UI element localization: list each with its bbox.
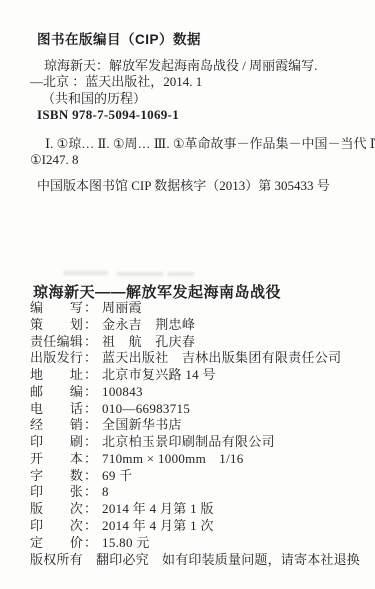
cip-series: （共和国的历程） [30, 91, 359, 108]
row-colon: ： [84, 384, 97, 401]
scan-artifact [63, 271, 108, 275]
scan-artifact [167, 272, 194, 276]
row-label: 地 址 [30, 367, 84, 384]
cip-section: 图书在版编目（CIP）数据 琼海新天：解放军发起海南岛战役 / 周丽霞编写. —… [30, 32, 359, 194]
row-colon: ： [84, 535, 97, 552]
row-label: 印 刷 [30, 434, 84, 451]
colophon-row-zeren-bianji: 责任编辑：祖 航 孔庆春 [30, 334, 365, 351]
row-colon: ： [84, 401, 97, 418]
row-colon: ： [84, 451, 97, 468]
row-colon: ： [84, 417, 97, 434]
row-value: 15.80 元 [102, 535, 150, 550]
row-value: 69 千 [102, 468, 132, 483]
row-label: 出版发行 [30, 350, 84, 367]
cip-isbn: ISBN 978-7-5094-1069-1 [30, 107, 359, 124]
colophon-row-dingjia: 定 价：15.80 元 [30, 535, 365, 552]
colophon-row-jingxiao: 经 销：全国新华书店 [30, 417, 365, 434]
cip-header: 图书在版编目（CIP）数据 [30, 32, 359, 49]
row-label: 邮 编 [30, 384, 84, 401]
row-colon: ： [84, 367, 97, 384]
colophon-row-zishu: 字 数：69 千 [30, 468, 365, 485]
row-colon: ： [84, 300, 97, 317]
row-value: 710mm × 1000mm 1/16 [102, 451, 244, 466]
row-colon: ： [84, 434, 97, 451]
colophon-row-yinshua: 印 刷：北京柏玉景印刷制品有限公司 [30, 434, 365, 451]
row-label: 电 话 [30, 401, 84, 418]
row-value: 全国新华书店 [102, 417, 182, 432]
scan-artifact [117, 272, 164, 276]
row-label: 版 次 [30, 501, 84, 518]
cip-record-number: 中国版本图书馆 CIP 数据核字（2013）第 305433 号 [30, 178, 359, 195]
row-value: 北京柏玉景印刷制品有限公司 [102, 434, 275, 449]
colophon-row-bianxie: 编 写：周丽霞 [30, 300, 365, 317]
colophon-row-dizhi: 地 址：北京市复兴路 14 号 [30, 367, 365, 384]
row-value: 8 [102, 484, 109, 499]
row-value: 蓝天出版社 吉林出版集团有限责任公司 [102, 350, 341, 365]
row-label: 字 数 [30, 468, 84, 485]
cip-classification-line2: ①I247. 8 [30, 152, 359, 169]
colophon-row-yinci: 印 次：2014 年 4 月第 1 次 [30, 518, 365, 535]
row-value: 金永吉 荆忠峰 [102, 317, 195, 332]
row-value: 010—66983715 [102, 401, 190, 416]
row-value: 2014 年 4 月第 1 次 [102, 518, 214, 533]
row-label: 策 划 [30, 317, 84, 334]
colophon-row-cehua: 策 划：金永吉 荆忠峰 [30, 317, 365, 334]
cip-entry-line2: —北京 ：蓝天出版社，2014. 1 [30, 74, 359, 91]
row-colon: ： [84, 484, 97, 501]
row-value: 祖 航 孔庆春 [102, 334, 195, 349]
cip-classification-line1: Ⅰ. ①琼… Ⅱ. ①周… Ⅲ. ①革命故事－作品集－中国－当代 Ⅳ. [30, 136, 359, 153]
row-colon: ： [84, 350, 97, 367]
colophon-row-dianhua: 电 话：010—66983715 [30, 401, 365, 418]
row-value: 周丽霞 [102, 300, 142, 315]
colophon-row-chuban-faxing: 出版发行：蓝天出版社 吉林出版集团有限责任公司 [30, 350, 365, 367]
copyright-page: 图书在版编目（CIP）数据 琼海新天：解放军发起海南岛战役 / 周丽霞编写. —… [0, 0, 375, 589]
row-label: 印 次 [30, 518, 84, 535]
row-value: 北京市复兴路 14 号 [102, 367, 216, 382]
row-value: 2014 年 4 月第 1 版 [102, 501, 214, 516]
row-colon: ： [84, 334, 97, 351]
colophon-row-banci: 版 次：2014 年 4 月第 1 版 [30, 501, 365, 518]
cip-entry-line1: 琼海新天：解放军发起海南岛战役 / 周丽霞编写. [30, 58, 359, 75]
colophon-row-kaiben: 开 本：710mm × 1000mm 1/16 [30, 451, 365, 468]
row-label: 印 张 [30, 484, 84, 501]
row-label: 开 本 [30, 451, 84, 468]
row-label: 定 价 [30, 535, 84, 552]
row-colon: ： [84, 501, 97, 518]
row-label: 编 写 [30, 300, 84, 317]
colophon-row-yinzhang: 印 张：8 [30, 484, 365, 501]
row-label: 责任编辑 [30, 334, 84, 351]
colophon-section: 编 写：周丽霞 策 划：金永吉 荆忠峰 责任编辑：祖 航 孔庆春 出版发行：蓝天… [30, 300, 365, 551]
book-title: 琼海新天——解放军发起海南岛战役 [33, 281, 365, 302]
row-colon: ： [84, 468, 97, 485]
colophon-row-youbian: 邮 编：100843 [30, 384, 365, 401]
row-colon: ： [84, 317, 97, 334]
copyright-notice: 版权所有 翻印必究 如有印装质量问题，请寄本社退换 [30, 552, 367, 568]
row-label: 经 销 [30, 417, 84, 434]
row-value: 100843 [102, 384, 143, 399]
row-colon: ： [84, 518, 97, 535]
